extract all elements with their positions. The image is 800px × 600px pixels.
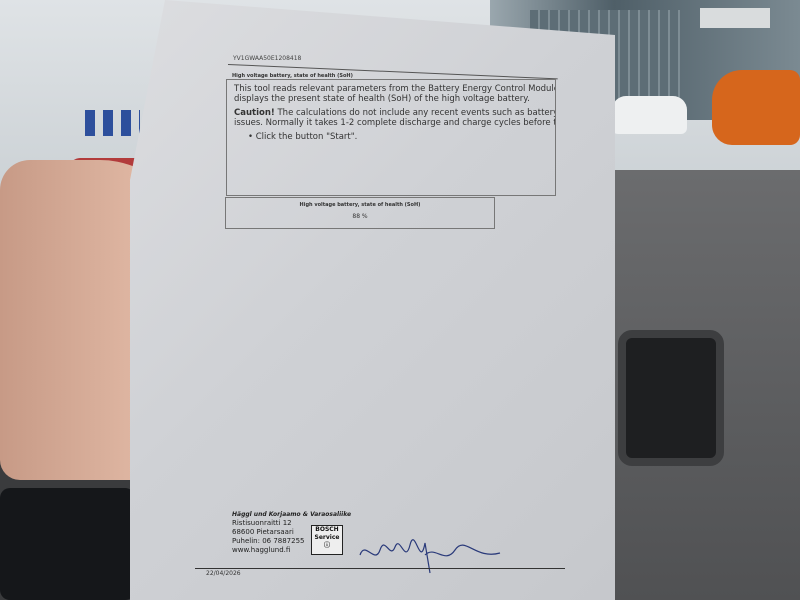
caution: Caution! The calculations do not include… [234, 108, 548, 128]
instruction: • Click the button "Start". [248, 132, 548, 142]
vin-number: YV1GWAA50E1208418 [233, 55, 301, 62]
signature [355, 535, 505, 575]
footer-rule [195, 568, 565, 569]
info-box: This tool reads relevant parameters from… [226, 79, 556, 196]
print-date: 22/04/2026 [206, 570, 241, 577]
result-label: High voltage battery, state of health (S… [226, 202, 494, 208]
soh-value: 88 % [226, 213, 494, 220]
air-vent [618, 330, 724, 466]
instrument-cluster [0, 488, 135, 600]
car-dashboard [600, 170, 800, 600]
bosch-service-badge: BOSCHServiceⓘ [311, 525, 343, 555]
result-box: High voltage battery, state of health (S… [225, 197, 495, 229]
orange-car [712, 70, 800, 145]
description: This tool reads relevant parameters from… [234, 84, 548, 104]
white-car [612, 96, 687, 134]
flags [85, 110, 140, 136]
